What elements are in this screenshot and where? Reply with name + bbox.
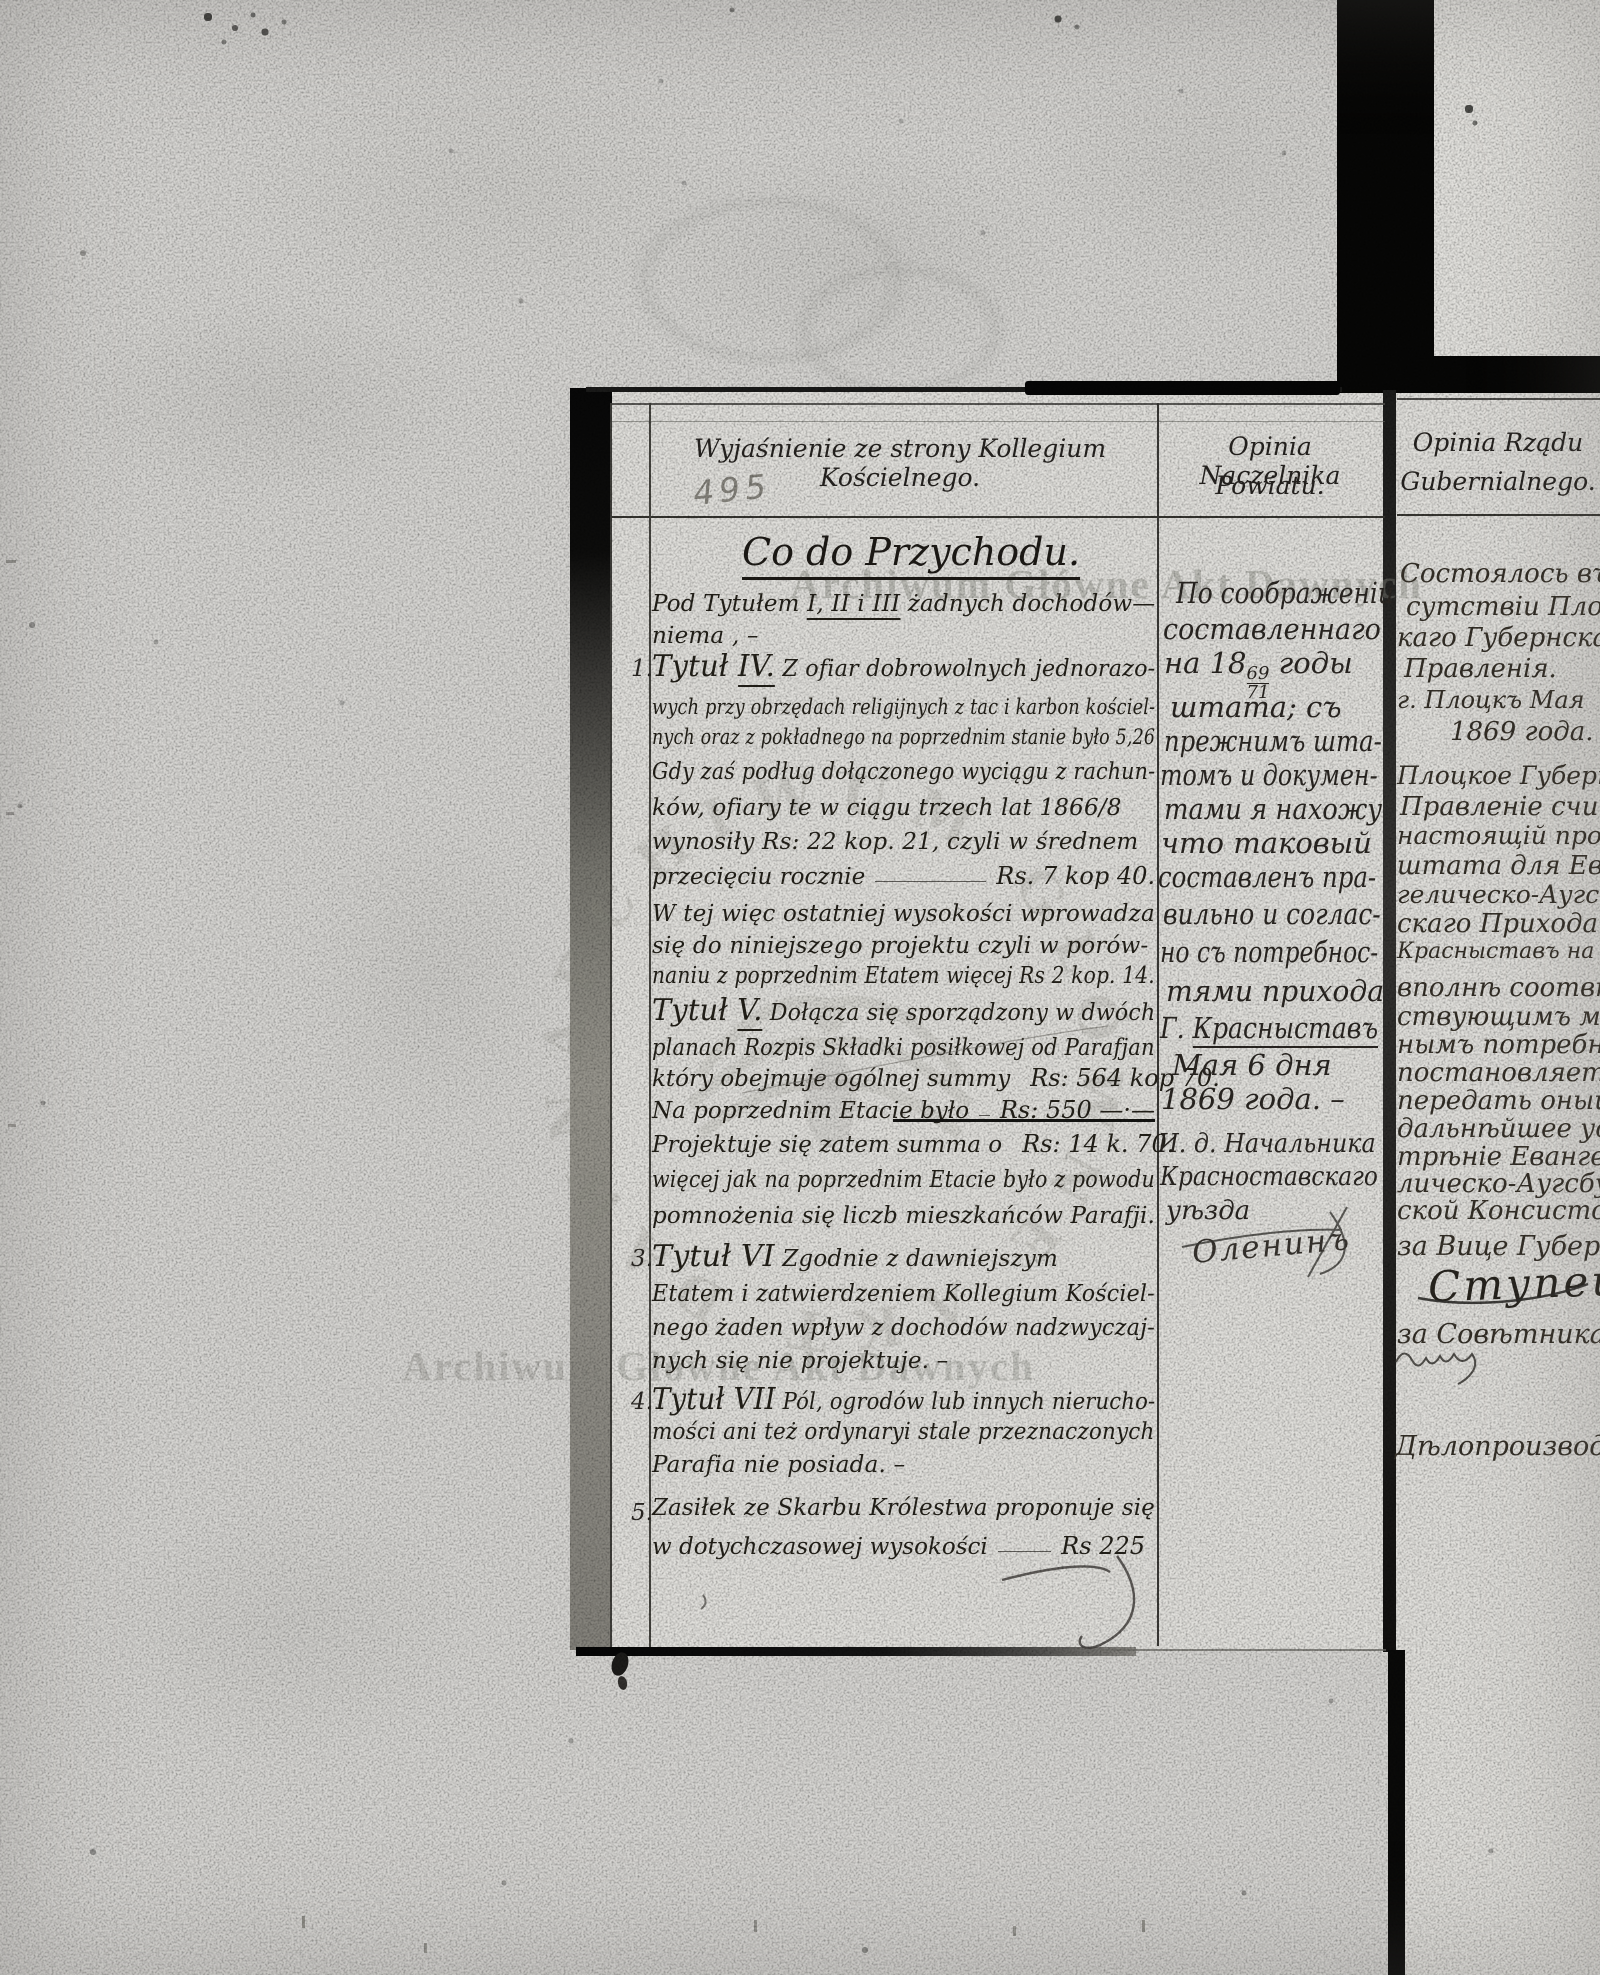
film-specks <box>0 0 2 2</box>
film-edge-mark <box>424 1943 427 1953</box>
film-edge-mark <box>6 812 14 815</box>
stray-pen-line <box>742 1026 1108 1093</box>
signature-flourish <box>1182 1207 1347 1277</box>
archival-scan: ARCHIWUM GŁÓWNE AKT DAWNYCH Archiwum Głó… <box>0 0 1600 1975</box>
film-edge-mark <box>302 1916 305 1928</box>
signature-underline <box>1418 1284 1588 1303</box>
ink-flourishes <box>0 0 1600 1975</box>
signature-scribble <box>1396 1353 1475 1384</box>
film-edge-mark <box>1013 1926 1016 1936</box>
film-edge-mark <box>6 560 16 563</box>
film-edge-mark <box>8 1124 16 1127</box>
ink-tick <box>701 1595 706 1609</box>
ink-flourish <box>1002 1556 1134 1648</box>
film-edge-mark <box>754 1920 757 1932</box>
film-edge-mark <box>1142 1920 1145 1932</box>
